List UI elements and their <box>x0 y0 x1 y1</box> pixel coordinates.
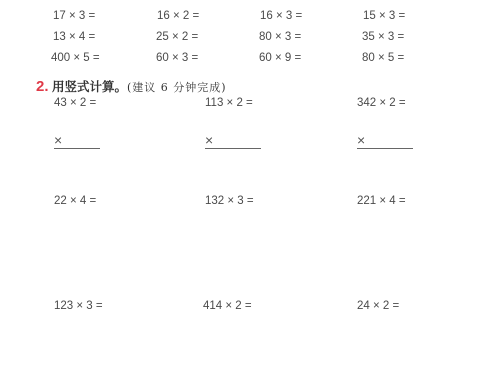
problem: 13 × 4 = <box>53 31 95 43</box>
problem: 16 × 3 = <box>260 10 302 22</box>
multiply-answer-line[interactable]: × <box>205 134 261 149</box>
times-icon: × <box>54 132 62 148</box>
problem: 43 × 2 = <box>54 97 96 109</box>
problem: 16 × 2 = <box>157 10 199 22</box>
section-number: 2. <box>36 78 49 95</box>
multiply-answer-line[interactable]: × <box>54 134 100 149</box>
problem: 24 × 2 = <box>357 300 399 312</box>
problem: 414 × 2 = <box>203 300 252 312</box>
problem: 17 × 3 = <box>53 10 95 22</box>
problem: 400 × 5 = <box>51 52 100 64</box>
problem: 342 × 2 = <box>357 97 406 109</box>
section-heading: 2. 用竖式计算。(建议 6 分钟完成) <box>36 77 227 95</box>
section-title: 用竖式计算。 <box>52 79 127 94</box>
problem: 25 × 2 = <box>156 31 198 43</box>
problem: 60 × 3 = <box>156 52 198 64</box>
times-icon: × <box>357 132 365 148</box>
problem: 80 × 3 = <box>259 31 301 43</box>
problem: 123 × 3 = <box>54 300 103 312</box>
times-icon: × <box>205 132 213 148</box>
multiply-answer-line[interactable]: × <box>357 134 413 149</box>
problem: 80 × 5 = <box>362 52 404 64</box>
problem: 221 × 4 = <box>357 195 406 207</box>
problem: 22 × 4 = <box>54 195 96 207</box>
problem: 113 × 2 = <box>205 97 253 109</box>
problem: 35 × 3 = <box>362 31 404 43</box>
problem: 132 × 3 = <box>205 195 254 207</box>
problem: 60 × 9 = <box>259 52 301 64</box>
section-note: (建议 6 分钟完成) <box>127 81 227 94</box>
problem: 15 × 3 = <box>363 10 405 22</box>
